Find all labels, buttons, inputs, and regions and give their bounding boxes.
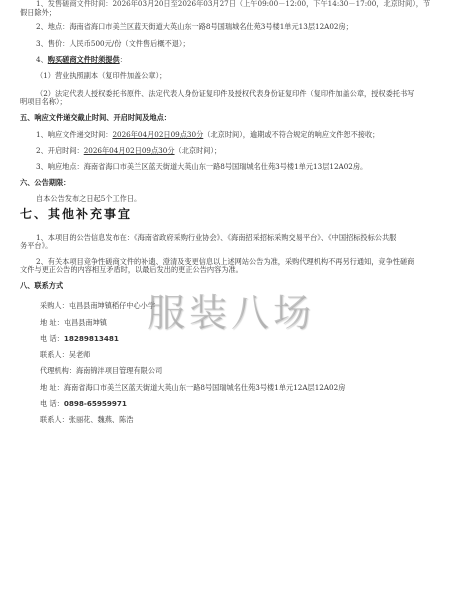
colon: ： <box>120 55 127 64</box>
submission-deadline: 2026年04月02日09点30分 <box>112 130 203 139</box>
opening-datetime: 2026年04月02日09点30分 <box>84 146 175 155</box>
amendment-notice-cont: 文件与更正公告的内容相互矛盾时，以最后发出的更正公告内容为准。 <box>20 265 243 274</box>
phone-label: 电 话： <box>40 334 64 343</box>
sale-price: 3、售价：人民币500元/份（文件售后概不退）； <box>36 39 190 48</box>
publication-sites: 1、本项目的公告信息发布在：《海南省政府采购行业协会》、《海南招采招标采购交易平… <box>36 233 396 242</box>
section-7-heading: 七、其他补充事宜 <box>20 207 132 221</box>
agency-address: 地 址：海南省海口市美兰区蓝天街道大英山东一路8号国瑞城名仕苑3号楼1单元12A… <box>40 383 345 392</box>
requirement-2: （2）法定代表人授权委托书原件、法定代表人身份证复印件及授权代表身份证复印件（复… <box>36 89 414 98</box>
agency-phone: 0898-65959971 <box>64 399 127 408</box>
sale-time-line: 1、发售磋商文件时间：2026年03月20日至2026年03月27日（上午09:… <box>36 0 430 8</box>
section-5-heading: 五、响应文件递交截止时间、开启时间及地点： <box>20 113 171 122</box>
purchaser-name: 采购人：屯昌县南坤镇稻仔中心小学 <box>40 301 155 310</box>
opening-time-note: （北京时间）； <box>175 146 222 155</box>
submission-time-note: （北京时间），逾期或不符合规定的响应文件恕不接收； <box>203 130 379 139</box>
agency-name: 代理机构：海南锦沣项目管理有限公司 <box>40 366 162 375</box>
notice-period: 自本公告发布之日起5个工作日。 <box>36 194 141 203</box>
watermark: 服装八场 <box>147 282 315 337</box>
requirement-2-cont: 明项目名称）； <box>20 97 67 106</box>
requirement-1: （1）营业执照副本（复印件加盖公章）； <box>36 71 166 80</box>
purchase-requirements-label: 购买磋商文件时须提供 <box>48 55 120 64</box>
sale-time-line-cont: 假日除外； <box>20 8 56 17</box>
section-6-heading: 六、公告期限： <box>20 178 70 187</box>
publication-sites-cont: 务平台》。 <box>20 241 52 250</box>
purchaser-phone: 18289813481 <box>64 334 119 343</box>
purchase-requirements-heading: 4、购买磋商文件时须提供： <box>36 55 127 64</box>
purchaser-address: 地 址：屯昌县南坤镇 <box>40 318 107 327</box>
section-8-heading: 八、联系方式 <box>20 281 63 290</box>
opening-time-label: 2、开启时间： <box>36 146 84 155</box>
purchaser-phone-line: 电 话：18289813481 <box>40 334 119 343</box>
response-location: 3、响应地点：海南省海口市美兰区蓝天街道大英山东一路8号国瑞城名仕苑3号楼1单元… <box>36 162 367 171</box>
opening-time: 2、开启时间：2026年04月02日09点30分（北京时间）； <box>36 146 221 155</box>
agency-phone-line: 电 话：0898-65959971 <box>40 399 127 408</box>
phone-label: 电 话： <box>40 399 64 408</box>
submission-time-label: 1、响应文件递交时间： <box>36 130 112 139</box>
submission-time: 1、响应文件递交时间：2026年04月02日09点30分（北京时间），逾期或不符… <box>36 130 379 139</box>
sale-location: 2、地点：海南省海口市美兰区蓝天街道大英山东一路8号国瑞城名仕苑3号楼1单元13… <box>36 22 353 31</box>
item-number: 4、 <box>36 55 48 64</box>
purchaser-contact: 联系人：吴老师 <box>40 350 90 359</box>
agency-contact: 联系人：张丽花、魏燕、陈浩 <box>40 415 133 424</box>
